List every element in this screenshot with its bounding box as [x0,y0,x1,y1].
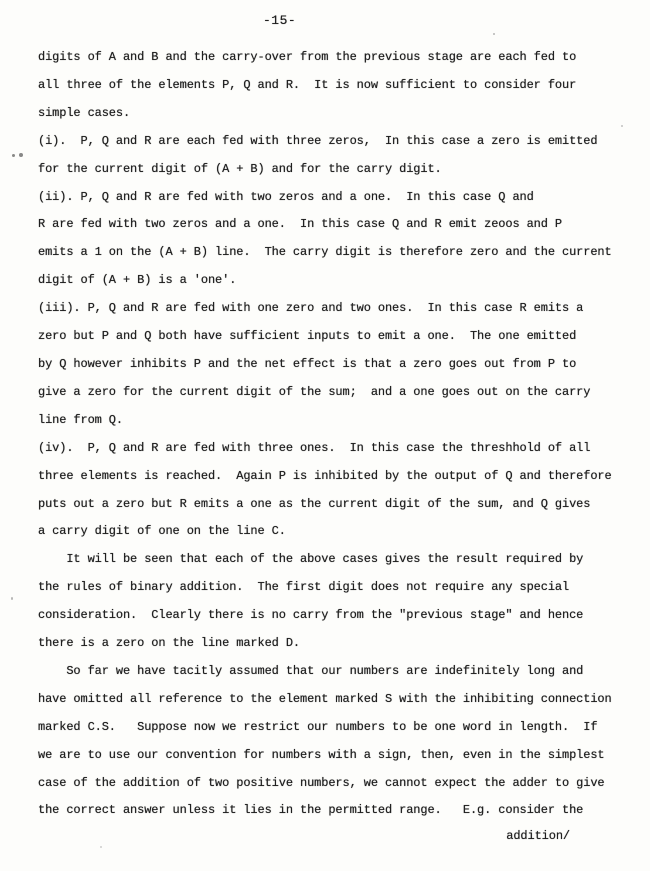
text-line: by Q however inhibits P and the net effe… [38,351,630,379]
text-line: marked C.S. Suppose now we restrict our … [38,714,630,742]
page-body: digits of A and B and the carry-over fro… [38,44,630,825]
scan-speck [621,125,623,127]
text-line: the rules of binary addition. The first … [38,574,630,602]
scan-speck [12,154,15,157]
text-line: (iii). P, Q and R are fed with one zero … [38,295,630,323]
text-line: It will be seen that each of the above c… [38,546,630,574]
scan-speck [493,33,495,35]
text-line: line from Q. [38,407,630,435]
text-line: there is a zero on the line marked D. [38,630,630,658]
scan-speck [11,597,13,600]
scan-speck [19,153,23,157]
text-line: (iv). P, Q and R are fed with three ones… [38,435,630,463]
catchword: addition/ [506,829,570,843]
page-number: -15- [263,13,296,28]
text-line: give a zero for the current digit of the… [38,379,630,407]
text-line: a carry digit of one on the line C. [38,518,630,546]
text-line: all three of the elements P, Q and R. It… [38,72,630,100]
text-line: puts out a zero but R emits a one as the… [38,491,630,519]
text-line: (i). P, Q and R are each fed with three … [38,128,630,156]
text-line: three elements is reached. Again P is in… [38,463,630,491]
text-line: simple cases. [38,100,630,128]
text-line: zero but P and Q both have sufficient in… [38,323,630,351]
text-line: we are to use our convention for numbers… [38,742,630,770]
text-line: emits a 1 on the (A + B) line. The carry… [38,239,630,267]
text-line: for the current digit of (A + B) and for… [38,156,630,184]
text-line: case of the addition of two positive num… [38,770,630,798]
text-line: the correct answer unless it lies in the… [38,797,630,825]
scan-speck [100,846,102,848]
text-line: (ii). P, Q and R are fed with two zeros … [38,184,630,212]
text-line: digits of A and B and the carry-over fro… [38,44,630,72]
text-line: R are fed with two zeros and a one. In t… [38,211,630,239]
document-page: -15- digits of A and B and the carry-ove… [0,0,650,871]
text-line: consideration. Clearly there is no carry… [38,602,630,630]
text-line: So far we have tacitly assumed that our … [38,658,630,686]
text-line: digit of (A + B) is a 'one'. [38,267,630,295]
text-line: have omitted all reference to the elemen… [38,686,630,714]
